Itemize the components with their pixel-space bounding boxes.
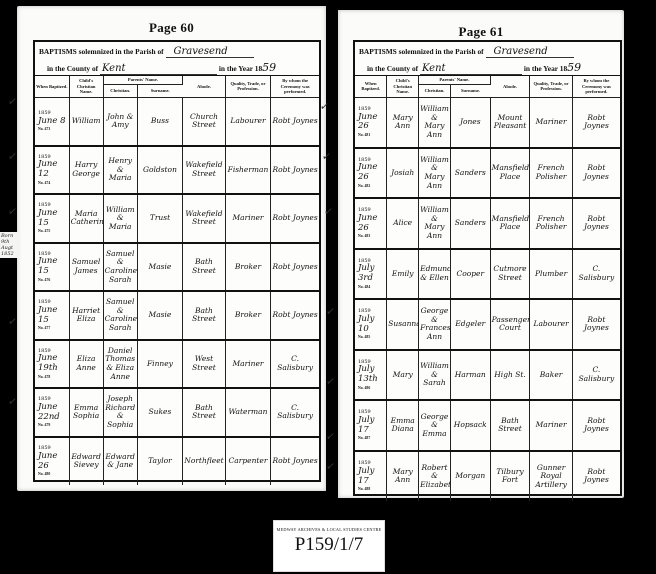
parents-christian-cell: William & Mary Ann [419,198,451,249]
parents-christian-cell: Samuel & Caroline Sarah [103,243,137,292]
child-name-cell: Mary Ann [387,97,419,148]
when-baptized-cell: 1859 July 10 No. 485 [355,299,387,350]
surname-cell: Cooper [450,249,490,300]
entry-date: June 15 [38,209,68,229]
parents-christian-cell: Joseph Richard & Sophia [103,388,137,437]
register-page-61: Page 61 BAPTISMS solemnized in the Paris… [338,10,624,498]
page-title: Page 60 [17,20,326,36]
quality-cell: Baker [530,350,572,401]
register-entry-row: 1859 June 15 No. 476 Samuel James Samuel… [35,243,319,292]
when-baptized-cell: 1859 July 17 No. 487 [355,400,387,451]
entry-date: July 13th [358,365,385,385]
year-value: 59 [567,61,581,74]
parents-christian-cell: William & Mary Ann [419,97,451,148]
surname-cell: Trust [137,194,182,243]
entry-number: No. 477 [38,326,68,330]
col-when-baptized: When Baptized. [35,76,69,97]
child-name-cell: Alice [387,198,419,249]
entry-date: June 26 [358,214,385,234]
year-label: in the Year 18 [219,64,262,73]
col-abode: Abode. [183,76,226,97]
when-baptized-cell: 1859 June 12 No. 474 [35,146,69,195]
when-baptized-cell: 1859 June 8 No. 473 [35,97,69,146]
register-entry-row: 1859 June 26 No. 481 Mary Ann William & … [355,97,620,148]
col-quality: Quality, Trade, or Profession. [530,76,572,97]
by-whom-cell: Robt Joynes [271,146,319,195]
entries-table: When Baptized. Child's Christian Name. P… [355,76,620,501]
abode-cell: Passengers Court [490,299,530,350]
col-christian: Christian. [419,84,451,97]
entry-number: No. 488 [358,487,385,491]
child-name-cell: Susanna [387,299,419,350]
entry-number: No. 478 [38,375,68,379]
check-mark-icon: ✓ [323,204,334,218]
by-whom-cell: C. Salisbury [572,350,620,401]
surname-cell: Edgeler [450,299,490,350]
county-value: Kent [420,63,522,75]
by-whom-cell: C. Salisbury [271,340,319,389]
margin-note: Born 9th Augt 1852 [0,232,20,258]
by-whom-cell: Robt Joynes [572,299,620,350]
abode-cell: Wakefield Street [183,194,226,243]
child-name-cell: Josiah [387,148,419,199]
entry-number: No. 480 [38,472,68,476]
parish-value: Gravesend [166,46,254,58]
col-parents-name: Parents' Name. [103,76,183,84]
check-mark-icon: ✓ [7,149,18,163]
entry-number: No. 486 [358,386,385,390]
parents-christian-cell: George & Frances Ann [419,299,451,350]
abode-cell: Cutmore Street [490,249,530,300]
quality-cell: Plumber [530,249,572,300]
parents-christian-cell: Robert & Elizabeth [419,451,451,502]
abode-cell: Bath Street [183,291,226,340]
col-christian: Christian. [103,84,137,97]
col-child-name: Child's Christian Name. [387,76,419,97]
child-name-cell: Edward Sievey [69,437,103,486]
when-baptized-cell: 1859 July 13th No. 486 [355,350,387,401]
abode-cell: Bath Street [183,388,226,437]
by-whom-cell: Robt Joynes [271,291,319,340]
quality-cell: Mariner [225,340,270,389]
when-baptized-cell: 1859 June 26 No. 480 [35,437,69,486]
archive-organisation: MEDWAY ARCHIVES & LOCAL STUDIES CENTRE [274,527,384,532]
entry-date: June 26 [38,452,68,472]
by-whom-cell: C. Salisbury [572,249,620,300]
entry-date: July 3rd [358,264,385,284]
register-entry-row: 1859 June 26 No. 482 Josiah William & Ma… [355,148,620,199]
register-entry-row: 1859 June 19th No. 478 Eliza Anne Daniel… [35,340,319,389]
baptisms-label: BAPTISMS [359,47,397,56]
baptism-register-table: BAPTISMS solemnized in the Parish of Gra… [353,40,622,496]
baptisms-label: BAPTISMS [39,47,77,56]
register-entry-row: 1859 July 17 No. 487 Emma Diana George &… [355,400,620,451]
register-entry-row: 1859 July 13th No. 486 Mary William & Sa… [355,350,620,401]
abode-cell: Mount Pleasant [490,97,530,148]
col-by-whom: By whom the Ceremony was performed. [271,76,319,97]
surname-cell: Sanders [450,148,490,199]
col-quality: Quality, Trade, or Profession. [225,76,270,97]
col-surname: Surname. [137,84,182,97]
quality-cell: Mariner [530,400,572,451]
when-baptized-cell: 1859 June 15 No. 477 [35,291,69,340]
check-mark-icon: ✓ [319,99,330,113]
col-surname: Surname. [450,84,490,97]
abode-cell: Tilbury Fort [490,451,530,502]
by-whom-cell: Robt Joynes [572,451,620,502]
child-name-cell: Emma Diana [387,400,419,451]
county-value: Kent [100,63,217,75]
by-whom-cell: Robt Joynes [271,437,319,486]
entry-date: June 15 [38,306,68,326]
solemnized-label: solemnized in the Parish of [79,47,164,56]
check-mark-icon: ✓ [7,94,18,108]
when-baptized-cell: 1859 June 26 No. 482 [355,148,387,199]
abode-cell: West Street [183,340,226,389]
check-mark-icon: ✓ [7,314,18,328]
parents-christian-cell: George & Emma [419,400,451,451]
entry-number: No. 481 [358,133,385,137]
parents-christian-cell: Samuel & Caroline Sarah [103,291,137,340]
entry-date: June 15 [38,257,68,277]
surname-cell: Hopsack [450,400,490,451]
entries-table: When Baptized. Child's Christian Name. P… [35,76,319,485]
entry-date: July 17 [358,416,385,436]
register-entry-row: 1859 July 10 No. 485 Susanna George & Fr… [355,299,620,350]
when-baptized-cell: 1859 June 15 No. 476 [35,243,69,292]
parents-christian-cell: William & Sarah [419,350,451,401]
surname-cell: Sanders [450,198,490,249]
quality-cell: Labourer [530,299,572,350]
entry-number: No. 487 [358,436,385,440]
surname-cell: Goldston [137,146,182,195]
register-heading: BAPTISMS solemnized in the Parish of Gra… [35,42,319,76]
archive-reference-label: MEDWAY ARCHIVES & LOCAL STUDIES CENTRE P… [273,520,385,572]
when-baptized-cell: 1859 June 19th No. 478 [35,340,69,389]
parish-value: Gravesend [486,46,574,58]
entry-number: No. 476 [38,278,68,282]
child-name-cell: Harry George [69,146,103,195]
parents-christian-cell: William & Mary Ann [419,148,451,199]
child-name-cell: William [69,97,103,146]
child-name-cell: Samuel James [69,243,103,292]
surname-cell: Harman [450,350,490,401]
county-label: in the County of [367,64,418,73]
entry-number: No. 482 [358,184,385,188]
child-name-cell: Emma Sophia [69,388,103,437]
check-mark-icon: ✓ [325,304,336,318]
archive-reference: P159/1/7 [274,534,384,556]
surname-cell: Masie [137,291,182,340]
parents-christian-cell: William & Maria [103,194,137,243]
by-whom-cell: C. Salisbury [271,388,319,437]
abode-cell: Mansfield Place [490,148,530,199]
quality-cell: French Polisher [530,148,572,199]
quality-cell: Mariner [225,194,270,243]
abode-cell: Northfleet [183,437,226,486]
register-entry-row: 1859 June 26 No. 480 Edward Sievey Edwar… [35,437,319,486]
check-mark-icon: ✓ [321,149,332,163]
year-label: in the Year 18 [524,64,567,73]
entry-date: June 8 [38,117,68,127]
register-entry-row: 1859 June 22nd No. 479 Emma Sophia Josep… [35,388,319,437]
entry-number: No. 485 [358,335,385,339]
quality-cell: Gunner Royal Artillery [530,451,572,502]
check-mark-icon: ✓ [325,459,336,473]
when-baptized-cell: 1859 June 26 No. 483 [355,198,387,249]
entry-number: No. 473 [38,127,68,131]
surname-cell: Sukes [137,388,182,437]
surname-cell: Jones [450,97,490,148]
year-value: 59 [262,61,276,74]
register-entry-row: 1859 June 15 No. 477 Harriet Eliza Samue… [35,291,319,340]
by-whom-cell: Robt Joynes [572,97,620,148]
quality-cell: Mariner [530,97,572,148]
register-entry-row: 1859 July 3rd No. 484 Emily Edmund & Ell… [355,249,620,300]
register-page-60: Page 60 BAPTISMS solemnized in the Paris… [17,6,326,491]
by-whom-cell: Robt Joynes [271,194,319,243]
entry-date: July 10 [358,315,385,335]
entry-number: No. 483 [358,234,385,238]
quality-cell: Carpenter [225,437,270,486]
entry-date: June 19th [38,354,68,374]
entry-date: June 26 [358,163,385,183]
entry-number: No. 475 [38,229,68,233]
county-label: in the County of [47,64,98,73]
surname-cell: Masie [137,243,182,292]
col-parents-name: Parents' Name. [419,76,491,84]
check-mark-icon: ✓ [7,204,18,218]
child-name-cell: Eliza Anne [69,340,103,389]
register-entry-row: 1859 June 12 No. 474 Harry George Henry … [35,146,319,195]
child-name-cell: Emily [387,249,419,300]
entry-date: June 22nd [38,403,68,423]
register-heading: BAPTISMS solemnized in the Parish of Gra… [355,42,620,76]
child-name-cell: Mary Ann [387,451,419,502]
entry-date: June 12 [38,160,68,180]
abode-cell: Mansfield Place [490,198,530,249]
surname-cell: Morgan [450,451,490,502]
parents-christian-cell: John & Amy [103,97,137,146]
register-entry-row: 1859 July 17 No. 488 Mary Ann Robert & E… [355,451,620,502]
register-entry-row: 1859 June 26 No. 483 Alice William & Mar… [355,198,620,249]
quality-cell: Broker [225,291,270,340]
when-baptized-cell: 1859 July 17 No. 488 [355,451,387,502]
solemnized-label: solemnized in the Parish of [399,47,484,56]
surname-cell: Finney [137,340,182,389]
by-whom-cell: Robt Joynes [572,198,620,249]
register-entry-row: 1859 June 15 No. 475 Maria Catherine Wil… [35,194,319,243]
surname-cell: Taylor [137,437,182,486]
entry-date: June 26 [358,113,385,133]
parents-christian-cell: Edward & Jane [103,437,137,486]
page-title: Page 61 [338,24,624,40]
col-child-name: Child's Christian Name. [69,76,103,97]
abode-cell: Bath Street [183,243,226,292]
child-name-cell: Maria Catherine [69,194,103,243]
quality-cell: French Polisher [530,198,572,249]
parents-christian-cell: Henry & Maria [103,146,137,195]
quality-cell: Broker [225,243,270,292]
quality-cell: Waterman [225,388,270,437]
entry-number: No. 474 [38,181,68,185]
col-abode: Abode. [490,76,530,97]
entry-date: July 17 [358,467,385,487]
when-baptized-cell: 1859 June 15 No. 475 [35,194,69,243]
when-baptized-cell: 1859 July 3rd No. 484 [355,249,387,300]
surname-cell: Buss [137,97,182,146]
child-name-cell: Mary [387,350,419,401]
abode-cell: Church Street [183,97,226,146]
parents-christian-cell: Daniel Thomas & Eliza Anne [103,340,137,389]
baptism-register-table: BAPTISMS solemnized in the Parish of Gra… [33,40,321,482]
abode-cell: High St. [490,350,530,401]
col-by-whom: By whom the Ceremony was performed. [572,76,620,97]
by-whom-cell: Robt Joynes [271,243,319,292]
when-baptized-cell: 1859 June 22nd No. 479 [35,388,69,437]
register-entry-row: 1859 June 8 No. 473 William John & Amy B… [35,97,319,146]
abode-cell: Wakefield Street [183,146,226,195]
check-mark-icon: ✓ [325,374,336,388]
col-when-baptized: When Baptized. [355,76,387,97]
by-whom-cell: Robt Joynes [271,97,319,146]
by-whom-cell: Robt Joynes [572,400,620,451]
by-whom-cell: Robt Joynes [572,148,620,199]
check-mark-icon: ✓ [325,429,336,443]
abode-cell: Bath Street [490,400,530,451]
entry-number: No. 479 [38,423,68,427]
quality-cell: Labourer [225,97,270,146]
parents-christian-cell: Edmund & Ellen [419,249,451,300]
quality-cell: Fisherman [225,146,270,195]
entry-number: No. 484 [358,285,385,289]
child-name-cell: Harriet Eliza [69,291,103,340]
check-mark-icon: ✓ [7,394,18,408]
when-baptized-cell: 1859 June 26 No. 481 [355,97,387,148]
